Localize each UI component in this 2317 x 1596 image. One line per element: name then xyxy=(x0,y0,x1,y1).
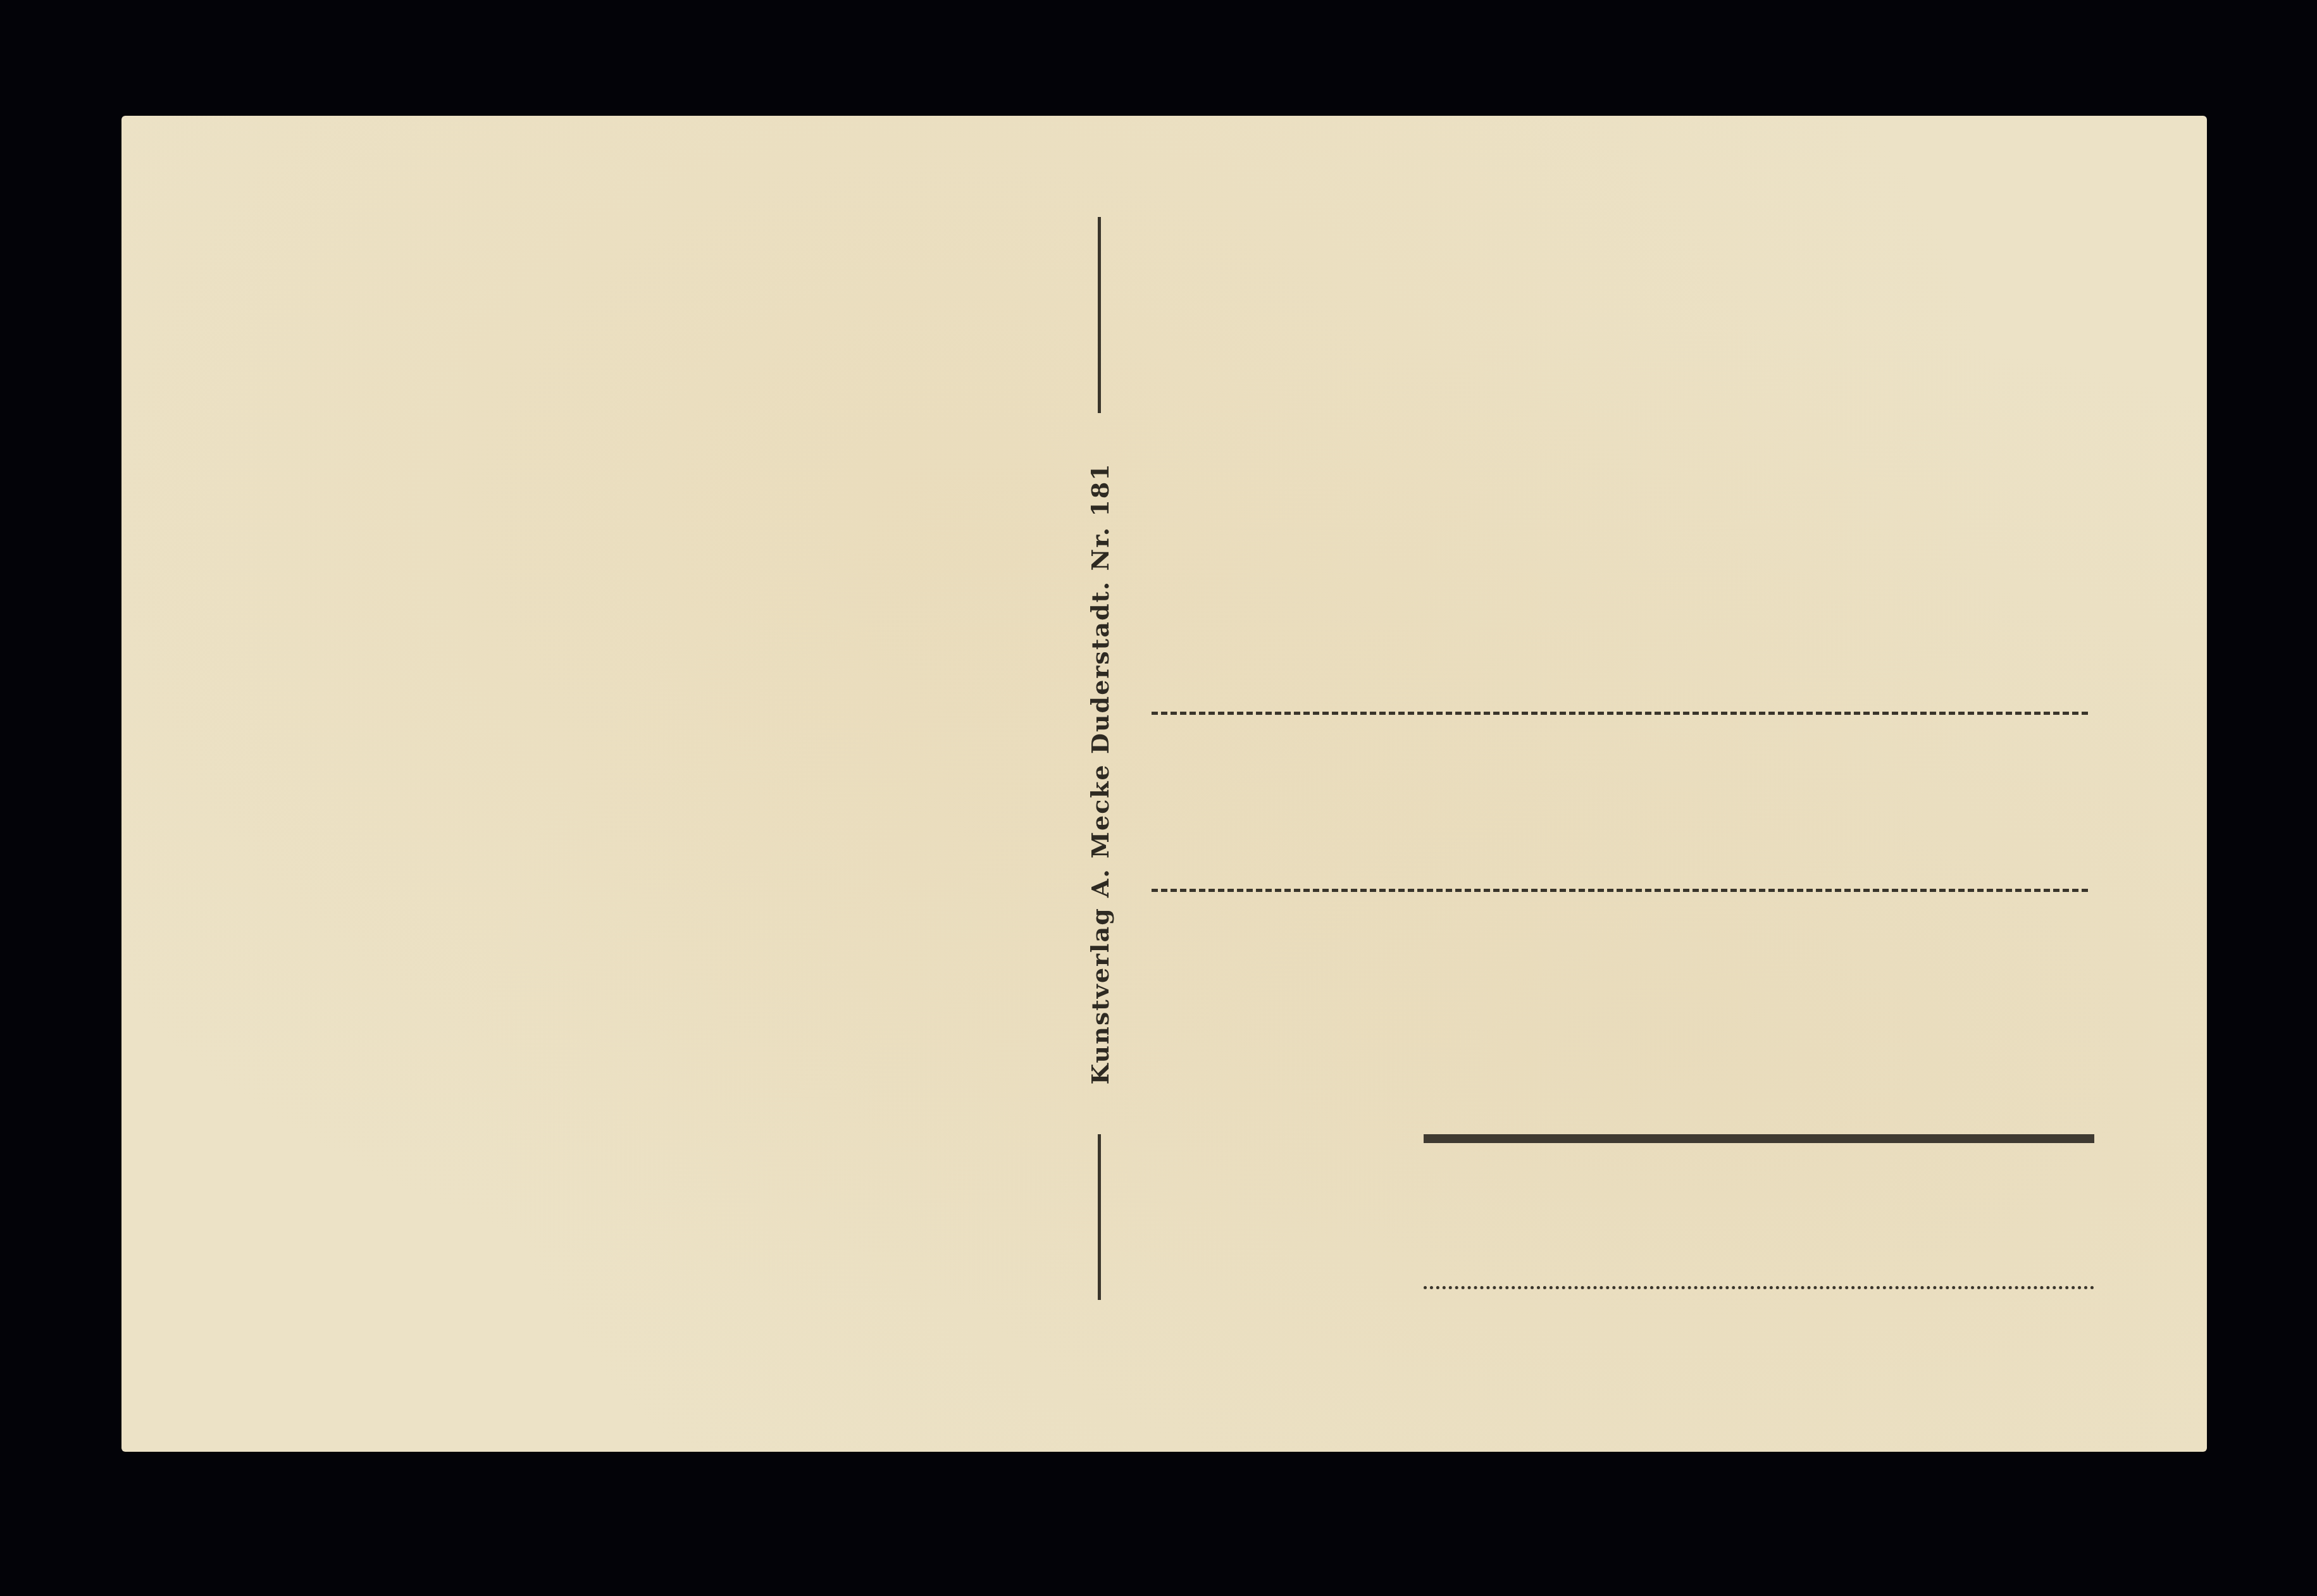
address-line-1 xyxy=(1152,712,2088,715)
divider-line-bottom xyxy=(1098,1134,1101,1300)
address-line-4 xyxy=(1424,1286,2094,1289)
address-line-2 xyxy=(1152,889,2088,892)
postcard-back: Kunstverlag A. Mecke Duderstadt. Nr. 181 xyxy=(121,116,2207,1452)
publisher-imprint: Kunstverlag A. Mecke Duderstadt. Nr. 181 xyxy=(1086,462,1114,1084)
divider-line-top xyxy=(1098,217,1101,413)
address-line-3-solid xyxy=(1424,1134,2094,1143)
